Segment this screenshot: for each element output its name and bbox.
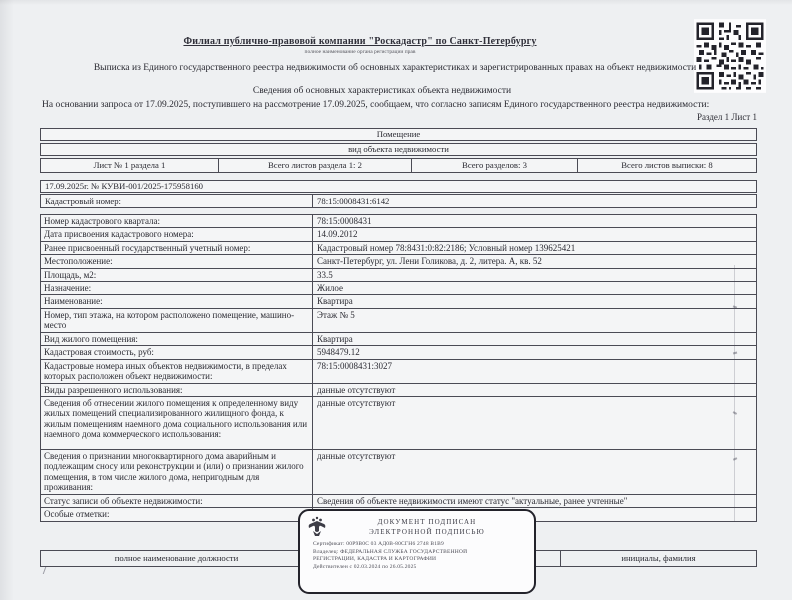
row-value: данные отсутствуют (313, 384, 756, 396)
org-title-caption: полное наименование органа регистрации п… (0, 49, 720, 55)
qr-code-icon (694, 19, 766, 93)
table-row: Сведения об отнесении жилого помещения к… (41, 396, 756, 449)
signature-name-label: инициалы, фамилия (561, 551, 756, 566)
table-row: Ранее присвоенный государственный учетны… (41, 241, 756, 254)
table-row: Номер, тип этажа, на котором расположено… (41, 308, 756, 332)
row-label: Кадастровый номер: (41, 195, 313, 207)
row-value: Квартира (313, 333, 756, 345)
row-label: Кадастровая стоимость, руб: (41, 346, 313, 358)
table-row: Вид жилого помещения: Квартира (41, 332, 756, 345)
row-label: Наименование: (41, 295, 313, 307)
request-basis-line: На основании запроса от 17.09.2025, пост… (42, 100, 757, 111)
object-type-row: Помещение (40, 128, 757, 141)
sheet-info-row: Лист № 1 раздела 1 Всего листов раздела … (40, 158, 757, 173)
characteristics-table: Номер кадастрового квартала: 78:15:00084… (40, 214, 757, 522)
stamp-title-line2: ЭЛЕКТРОННОЙ ПОДПИСЬЮ (327, 527, 527, 537)
row-value: Сведения об объекте недвижимости имеют с… (313, 495, 756, 507)
row-value: Санкт-Петербург, ул. Лени Голикова, д. 2… (313, 255, 756, 267)
row-value: 33.5 (313, 269, 756, 281)
document-subtitle: Сведения об основных характеристиках объ… (42, 86, 722, 97)
sheet-info-cell: Всего разделов: 3 (412, 159, 578, 172)
row-label: Номер кадастрового квартала: (41, 215, 313, 227)
object-type-value: Помещение (41, 129, 756, 140)
sheet-info-cell: Всего листов выписки: 8 (578, 159, 756, 172)
row-value: 14.09.2012 (313, 228, 756, 240)
row-label: Виды разрешенного использования: (41, 384, 313, 396)
table-row: Кадастровая стоимость, руб: 5948479.12 (41, 345, 756, 358)
table-row: Дата присвоения кадастрового номера: 14.… (41, 227, 756, 240)
row-label: Сведения о признании многоквартирного до… (41, 450, 313, 494)
table-row: Сведения о признании многоквартирного до… (41, 449, 756, 494)
row-value: 78:15:0008431:6142 (313, 195, 756, 207)
row-label: Дата присвоения кадастрового номера: (41, 228, 313, 240)
sheet-info-cell: Лист № 1 раздела 1 (41, 159, 219, 172)
row-label: Статус записи об объекте недвижимости: (41, 495, 313, 507)
row-value: данные отсутствуют (313, 397, 756, 449)
stamp-owner-line1: Владелец: ФЕДЕРАЛЬНАЯ СЛУЖБА ГОСУДАРСТВЕ… (307, 549, 527, 557)
row-label: Кадастровые номера иных объектов недвижи… (41, 360, 313, 383)
request-number: 17.09.2025г. № КУВИ-001/2025-175958160 (41, 181, 756, 192)
row-label: Сведения об отнесении жилого помещения к… (41, 397, 313, 449)
request-number-row: 17.09.2025г. № КУВИ-001/2025-175958160 (40, 180, 757, 193)
row-label: Номер, тип этажа, на котором расположено… (41, 309, 313, 332)
stamp-owner-line2: РЕГИСТРАЦИИ, КАДАСТРА И КАРТОГРАФИИ (307, 556, 527, 564)
table-row: Виды разрешенного использования: данные … (41, 383, 756, 396)
row-label: Ранее присвоенный государственный учетны… (41, 242, 313, 254)
row-label: Назначение: (41, 282, 313, 294)
document-title: Выписка из Единого государственного реес… (42, 63, 748, 74)
org-title: Филиал публично-правовой компании "Роска… (0, 36, 720, 47)
cadastral-number-row: Кадастровый номер: 78:15:0008431:6142 (40, 194, 757, 208)
table-row: Площадь, м2: 33.5 (41, 268, 756, 281)
coat-of-arms-icon (307, 516, 327, 538)
row-value: 78:15:0008431:3027 (313, 360, 756, 383)
scan-artifact-mark (43, 567, 53, 574)
row-value: 78:15:0008431 (313, 215, 756, 227)
signature-position-label: полное наименование должности (41, 551, 313, 566)
row-value: Этаж № 5 (313, 309, 756, 332)
table-row: Назначение: Жилое (41, 281, 756, 294)
table-row: Статус записи об объекте недвижимости: С… (41, 494, 756, 507)
table-row: Кадастровые номера иных объектов недвижи… (41, 359, 756, 383)
row-value: Квартира (313, 295, 756, 307)
row-value: Кадастровый номер 78:8431:0:82:2186; Усл… (313, 242, 756, 254)
row-value: Жилое (313, 282, 756, 294)
object-type-caption: вид объекта недвижимости (41, 144, 756, 155)
section-sheet-label: Раздел 1 Лист 1 (557, 112, 757, 122)
row-label: Местоположение: (41, 255, 313, 267)
row-label: Особые отметки: (41, 508, 313, 520)
table-row: Наименование: Квартира (41, 294, 756, 307)
sheet-info-cell: Всего листов раздела 1: 2 (219, 159, 412, 172)
digital-signature-stamp: ДОКУМЕНТ ПОДПИСАН ЭЛЕКТРОННОЙ ПОДПИСЬЮ С… (298, 509, 536, 594)
table-row: Номер кадастрового квартала: 78:15:00084… (41, 215, 756, 227)
row-value: 5948479.12 (313, 346, 756, 358)
row-label: Площадь, м2: (41, 269, 313, 281)
stamp-validity: Действителен с 02.03.2024 по 26.05.2025 (307, 564, 527, 572)
table-row: Местоположение: Санкт-Петербург, ул. Лен… (41, 254, 756, 267)
row-label: Вид жилого помещения: (41, 333, 313, 345)
object-type-caption-row: вид объекта недвижимости (40, 143, 757, 156)
scan-artifact-line (734, 265, 735, 521)
stamp-title-line1: ДОКУМЕНТ ПОДПИСАН (327, 517, 527, 527)
stamp-certificate: Сертификат: 00Р9В0С 03 АД0В-80СГН6 2748 … (307, 541, 527, 549)
row-value: данные отсутствуют (313, 450, 756, 494)
